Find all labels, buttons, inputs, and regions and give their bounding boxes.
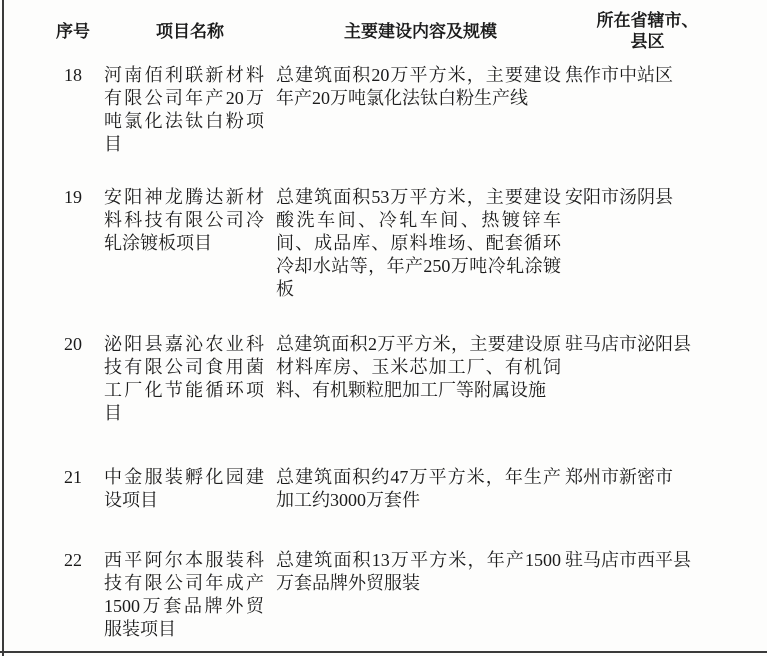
table-row: 18 河南佰利联新材料有限公司年产20万吨氯化法钛白粉项目 总建筑面积20万平方… [0,64,767,156]
cell-project-name: 河南佰利联新材料有限公司年产20万吨氯化法钛白粉项目 [104,64,276,156]
table-row: 20 泌阳县嘉沁农业科技有限公司食用菌工厂化节能循环项目 总建筑面积2万平方米，… [0,333,767,425]
cell-serial-number: 21 [42,466,104,512]
table-body: 18 河南佰利联新材料有限公司年产20万吨氯化法钛白粉项目 总建筑面积20万平方… [0,64,767,641]
header-location-line2: 县区 [631,32,665,51]
cell-project-name: 西平阿尔本服装科技有限公司年成产1500万套品牌外贸服装项目 [104,549,276,641]
cell-location: 焦作市中站区 [565,64,767,156]
cell-location: 安阳市汤阴县 [565,186,767,301]
cell-serial-number: 20 [42,333,104,425]
cell-location: 驻马店市泌阳县 [565,333,767,425]
cell-project-name: 安阳神龙腾达新材料科技有限公司冷轧涂镀板项目 [104,186,276,301]
header-project-name: 项目名称 [104,21,276,42]
cell-project-name: 泌阳县嘉沁农业科技有限公司食用菌工厂化节能循环项目 [104,333,276,425]
cell-location: 驻马店市西平县 [565,549,767,641]
scanned-document-page: 序号 项目名称 主要建设内容及规模 所在省辖市、 县区 18 河南佰利联新材料有… [0,0,767,656]
cell-construction-content: 总建筑面积约47万平方米，年生产加工约3000万套件 [276,466,565,512]
header-serial-number: 序号 [42,21,104,42]
header-construction-content-label: 主要建设内容及规模 [344,22,497,41]
table-row: 19 安阳神龙腾达新材料科技有限公司冷轧涂镀板项目 总建筑面积53万平方米，主要… [0,186,767,301]
project-table: 序号 项目名称 主要建设内容及规模 所在省辖市、 县区 18 河南佰利联新材料有… [0,8,767,641]
header-serial-number-label: 序号 [56,22,90,41]
header-location: 所在省辖市、 县区 [565,10,730,52]
table-header-row: 序号 项目名称 主要建设内容及规模 所在省辖市、 县区 [0,8,767,54]
cell-location: 郑州市新密市 [565,466,767,512]
header-location-line1: 所在省辖市、 [597,11,699,30]
table-row: 21 中金服装孵化园建设项目 总建筑面积约47万平方米，年生产加工约3000万套… [0,466,767,512]
header-construction-content: 主要建设内容及规模 [276,21,565,42]
cell-construction-content: 总建筑面积53万平方米，主要建设酸洗车间、冷轧车间、热镀锌车间、成品库、原料堆场… [276,186,565,301]
cell-serial-number: 22 [42,549,104,641]
table-bottom-border [0,651,767,653]
cell-serial-number: 18 [42,64,104,156]
header-project-name-label: 项目名称 [156,22,224,41]
cell-construction-content: 总建筑面积20万平方米，主要建设年产20万吨氯化法钛白粉生产线 [276,64,565,156]
cell-project-name: 中金服装孵化园建设项目 [104,466,276,512]
cell-construction-content: 总建筑面积13万平方米，年产1500万套品牌外贸服装 [276,549,565,641]
table-row: 22 西平阿尔本服装科技有限公司年成产1500万套品牌外贸服装项目 总建筑面积1… [0,549,767,641]
cell-serial-number: 19 [42,186,104,301]
cell-construction-content: 总建筑面积2万平方米，主要建设原材料库房、玉米芯加工厂、有机饲料、有机颗粒肥加工… [276,333,565,425]
